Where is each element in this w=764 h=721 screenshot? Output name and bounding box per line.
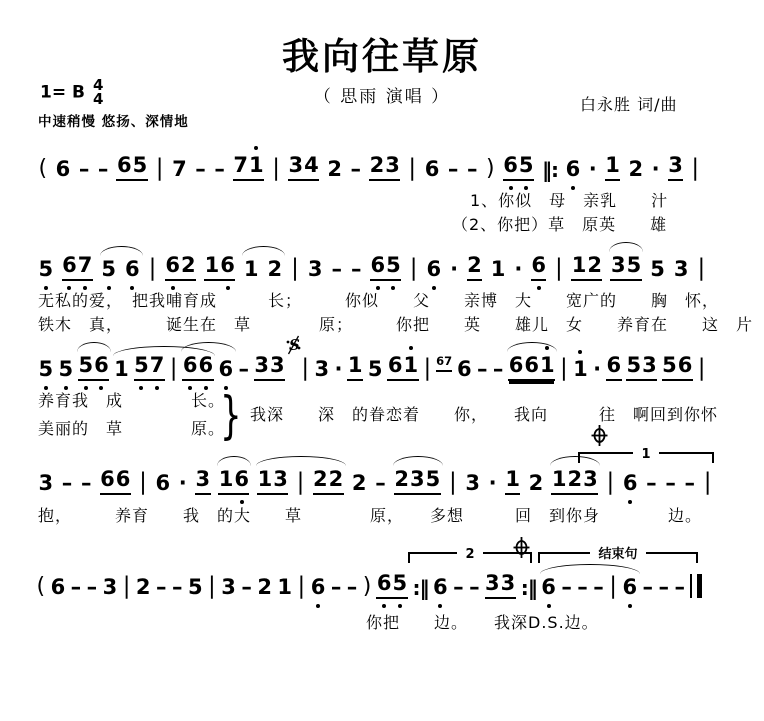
barline: | — [697, 356, 706, 381]
note-token: · — [488, 472, 497, 495]
note-token: – — [97, 158, 109, 181]
note-token: 6 — [125, 258, 141, 281]
note-token: 65 — [503, 154, 534, 181]
note-token: 3 — [465, 472, 481, 495]
lyrics-line: 你把 边。 我深D.S.边。 — [366, 610, 599, 633]
note-token: · — [334, 358, 343, 381]
note-token: 6 — [50, 576, 66, 599]
note-token: 57 — [134, 354, 165, 381]
note-token: – — [466, 158, 478, 181]
barline: | — [703, 470, 712, 495]
note-token: 3 — [307, 258, 323, 281]
note-token: 62 — [165, 254, 196, 281]
note-token: – — [80, 472, 92, 495]
note-token: 1 — [505, 468, 521, 495]
note-token: 1 — [347, 354, 363, 381]
note-token: · — [450, 258, 459, 281]
barline: | — [560, 356, 569, 381]
slur-arc — [181, 342, 236, 352]
note-token: 6 — [424, 158, 440, 181]
note-token: 5 — [650, 258, 666, 281]
note-token: – — [78, 158, 90, 181]
note-token: 16 — [204, 254, 235, 281]
note-token: 67 — [62, 254, 93, 281]
lyrics-line: 1、你似 母 亲乳 汁 — [470, 188, 668, 211]
note-token: 3 — [668, 154, 684, 181]
barline: | — [554, 256, 563, 281]
note-token: 6 — [310, 576, 326, 599]
composer-credit: 白永胜 词/曲 — [580, 92, 677, 115]
note-token: – — [70, 576, 82, 599]
note-token: 3 — [314, 358, 330, 381]
note-token: – — [665, 472, 677, 495]
barline: | — [408, 156, 417, 181]
note-token: 3 — [221, 576, 237, 599]
note-token: 1 — [573, 358, 589, 381]
bracket-label: 结束句 — [590, 547, 645, 562]
note-token: 67 — [436, 355, 452, 372]
note-token: 3 — [38, 472, 54, 495]
note-token: · — [514, 258, 523, 281]
lyrics-line: 铁木 真， 诞生在 草 原； 你把 英 雄儿 女 养育在 这 片 — [38, 312, 753, 335]
note-token: 16 — [218, 468, 249, 495]
slur-arc — [242, 246, 285, 256]
lyrics-line: 美丽的 草 原。 — [38, 416, 225, 439]
note-token: 56 — [662, 354, 693, 381]
note-token: – — [453, 576, 465, 599]
time-signature: 44 — [93, 78, 103, 107]
note-token: 6 — [426, 258, 442, 281]
slur-arc — [217, 456, 251, 466]
note-token: – — [469, 576, 481, 599]
note-token: 65 — [370, 254, 401, 281]
coda-icon — [590, 424, 609, 451]
note-token: 6 — [433, 576, 449, 599]
note-token: 3 — [102, 576, 118, 599]
notation-line-1: (6––65|7––71|342–23|6––)65‖:6·12·3| — [38, 138, 700, 181]
note-token: – — [477, 358, 489, 381]
note-token: 33 — [485, 572, 516, 599]
note-token: 2 — [628, 158, 644, 181]
barline: | — [448, 470, 457, 495]
note-token: 65 — [116, 154, 147, 181]
note-token: 2 — [528, 472, 544, 495]
note-token: 6 — [457, 358, 473, 381]
note-token: 6 — [565, 158, 581, 181]
note-token: – — [61, 472, 73, 495]
note-token: 6 — [622, 472, 638, 495]
repeat-sign: :‖ — [412, 577, 428, 599]
volta-bracket: 1 — [578, 452, 714, 463]
note-token: 2 — [257, 576, 273, 599]
segno-icon: S — [286, 334, 301, 361]
note-token: 123 — [551, 468, 598, 495]
note-token: 13 — [257, 468, 288, 495]
note-token: ( — [38, 157, 48, 181]
note-token: · — [588, 158, 597, 181]
slur-arc — [77, 342, 111, 352]
tempo-marking: 中速稍慢 悠扬、深情地 — [38, 110, 189, 130]
note-token: 2 — [351, 472, 367, 495]
slur-arc — [609, 242, 643, 252]
note-token: – — [642, 576, 654, 599]
barline: | — [169, 356, 178, 381]
note-token: 34 — [288, 154, 319, 181]
key-signature: 1= B44 — [40, 78, 103, 107]
note-token: 12 — [571, 254, 602, 281]
barline: | — [609, 574, 618, 599]
note-token: 3 — [673, 258, 689, 281]
note-token: 1 — [277, 576, 293, 599]
lyrics-line: 我深 深 的眷恋着 你， 我向 往 啊回到你怀 — [250, 402, 718, 425]
note-token: 6 — [622, 576, 638, 599]
note-token: – — [350, 158, 362, 181]
barline: | — [296, 470, 305, 495]
final-barline — [690, 574, 702, 598]
note-token: – — [156, 576, 168, 599]
note-token: – — [658, 576, 670, 599]
note-token: – — [492, 358, 504, 381]
note-token: 5 — [38, 258, 54, 281]
note-token: 56 — [78, 354, 109, 381]
barline: | — [409, 256, 418, 281]
repeat-sign: ‖: — [542, 159, 558, 181]
barline: | — [208, 574, 217, 599]
note-token: 66 — [100, 468, 131, 495]
note-token: 6 — [541, 576, 557, 599]
barline: | — [122, 574, 131, 599]
note-token: 53 — [626, 354, 657, 381]
note-token: 1 — [243, 258, 259, 281]
note-token: 5 — [367, 358, 383, 381]
note-token: – — [646, 472, 658, 495]
slur-arc — [256, 456, 346, 466]
note-token: 6 — [155, 472, 171, 495]
barline: | — [423, 356, 432, 381]
barline: | — [148, 256, 157, 281]
note-token: 5 — [101, 258, 117, 281]
note-token: 5 — [38, 358, 54, 381]
note-token: 1 — [490, 258, 506, 281]
note-token: – — [195, 158, 207, 181]
barline: | — [606, 470, 615, 495]
note-token: 6 — [218, 358, 234, 381]
slur-arc — [100, 246, 143, 256]
note-token: – — [674, 576, 686, 599]
note-token: – — [351, 258, 363, 281]
note-token: 661 — [508, 354, 555, 381]
note-token: – — [577, 576, 589, 599]
slur-arc — [540, 564, 640, 574]
note-token: 5 — [187, 576, 203, 599]
note-token: 35 — [610, 254, 641, 281]
barline: | — [139, 470, 148, 495]
note-token: 3 — [195, 468, 211, 495]
lyrics-line: （2、你把）草 原英 雄 — [452, 212, 667, 235]
barline: | — [301, 356, 310, 381]
note-token: – — [330, 576, 342, 599]
slur-arc — [393, 456, 443, 466]
note-token: – — [447, 158, 459, 181]
repeat-sign: :‖ — [520, 577, 536, 599]
notation-line-3: 5556157|666–33S|3·1561|676––661|1·65356| — [38, 338, 706, 381]
note-token: – — [214, 158, 226, 181]
note-token: – — [86, 576, 98, 599]
note-token: 65 — [376, 572, 407, 599]
note-token: 61 — [387, 354, 418, 381]
note-token: – — [171, 576, 183, 599]
note-token: 33 — [254, 354, 285, 381]
barline: | — [291, 256, 300, 281]
note-token: – — [375, 472, 387, 495]
note-token: – — [561, 576, 573, 599]
note-token: 23 — [369, 154, 400, 181]
note-token: 7 — [172, 158, 188, 181]
note-token: – — [684, 472, 696, 495]
note-token: 1 — [114, 358, 130, 381]
barline: | — [297, 574, 306, 599]
note-token: ) — [362, 575, 372, 599]
note-token: 6 — [531, 254, 547, 281]
note-token: 2 — [267, 258, 283, 281]
note-token: – — [346, 576, 358, 599]
note-token: ) — [486, 157, 496, 181]
slur-arc — [507, 342, 557, 352]
note-token: ( — [36, 575, 46, 599]
note-token: – — [241, 576, 253, 599]
note-token: – — [593, 576, 605, 599]
note-token: 5 — [58, 358, 74, 381]
song-title: 我向往草原 — [0, 26, 764, 80]
note-token: · — [651, 158, 660, 181]
lyrics-line: 无私的爱， 把我哺育成 长； 你似 父 亲博 大 宽广的 胸 怀， — [38, 288, 719, 311]
barline: | — [155, 156, 164, 181]
bracket-label: 1 — [633, 447, 658, 462]
barline: | — [691, 156, 700, 181]
ending-bracket: 结束句 — [538, 552, 698, 563]
note-token: 22 — [313, 468, 344, 495]
sheet-music-page: 我向往草原 （ 思雨 演唱 ） 1= B44 中速稍慢 悠扬、深情地 白永胜 词… — [0, 0, 764, 721]
note-token: · — [178, 472, 187, 495]
coda-icon — [512, 536, 531, 563]
lyrics-line: 养育我 成 长。 — [38, 388, 225, 411]
note-token: 235 — [394, 468, 441, 495]
note-token: 71 — [233, 154, 264, 181]
note-token: 2 — [327, 158, 343, 181]
barline: | — [697, 256, 706, 281]
note-token: 6 — [606, 354, 622, 381]
note-token: 2 — [135, 576, 151, 599]
barline: | — [272, 156, 281, 181]
lyrics-line: 抱， 养育 我 的大 草 原， 多想 回 到你身 边。 — [38, 503, 702, 526]
note-token: 6 — [55, 158, 71, 181]
note-token: 2 — [467, 254, 483, 281]
note-token: 66 — [182, 354, 213, 381]
note-token: – — [331, 258, 343, 281]
notation-line-2: 56756|621612|3––65|6·21·6|123553| — [38, 238, 706, 281]
note-token: · — [593, 358, 602, 381]
bracket-label: 2 — [457, 547, 482, 562]
note-token: 1 — [605, 154, 621, 181]
note-token: – — [238, 358, 250, 381]
